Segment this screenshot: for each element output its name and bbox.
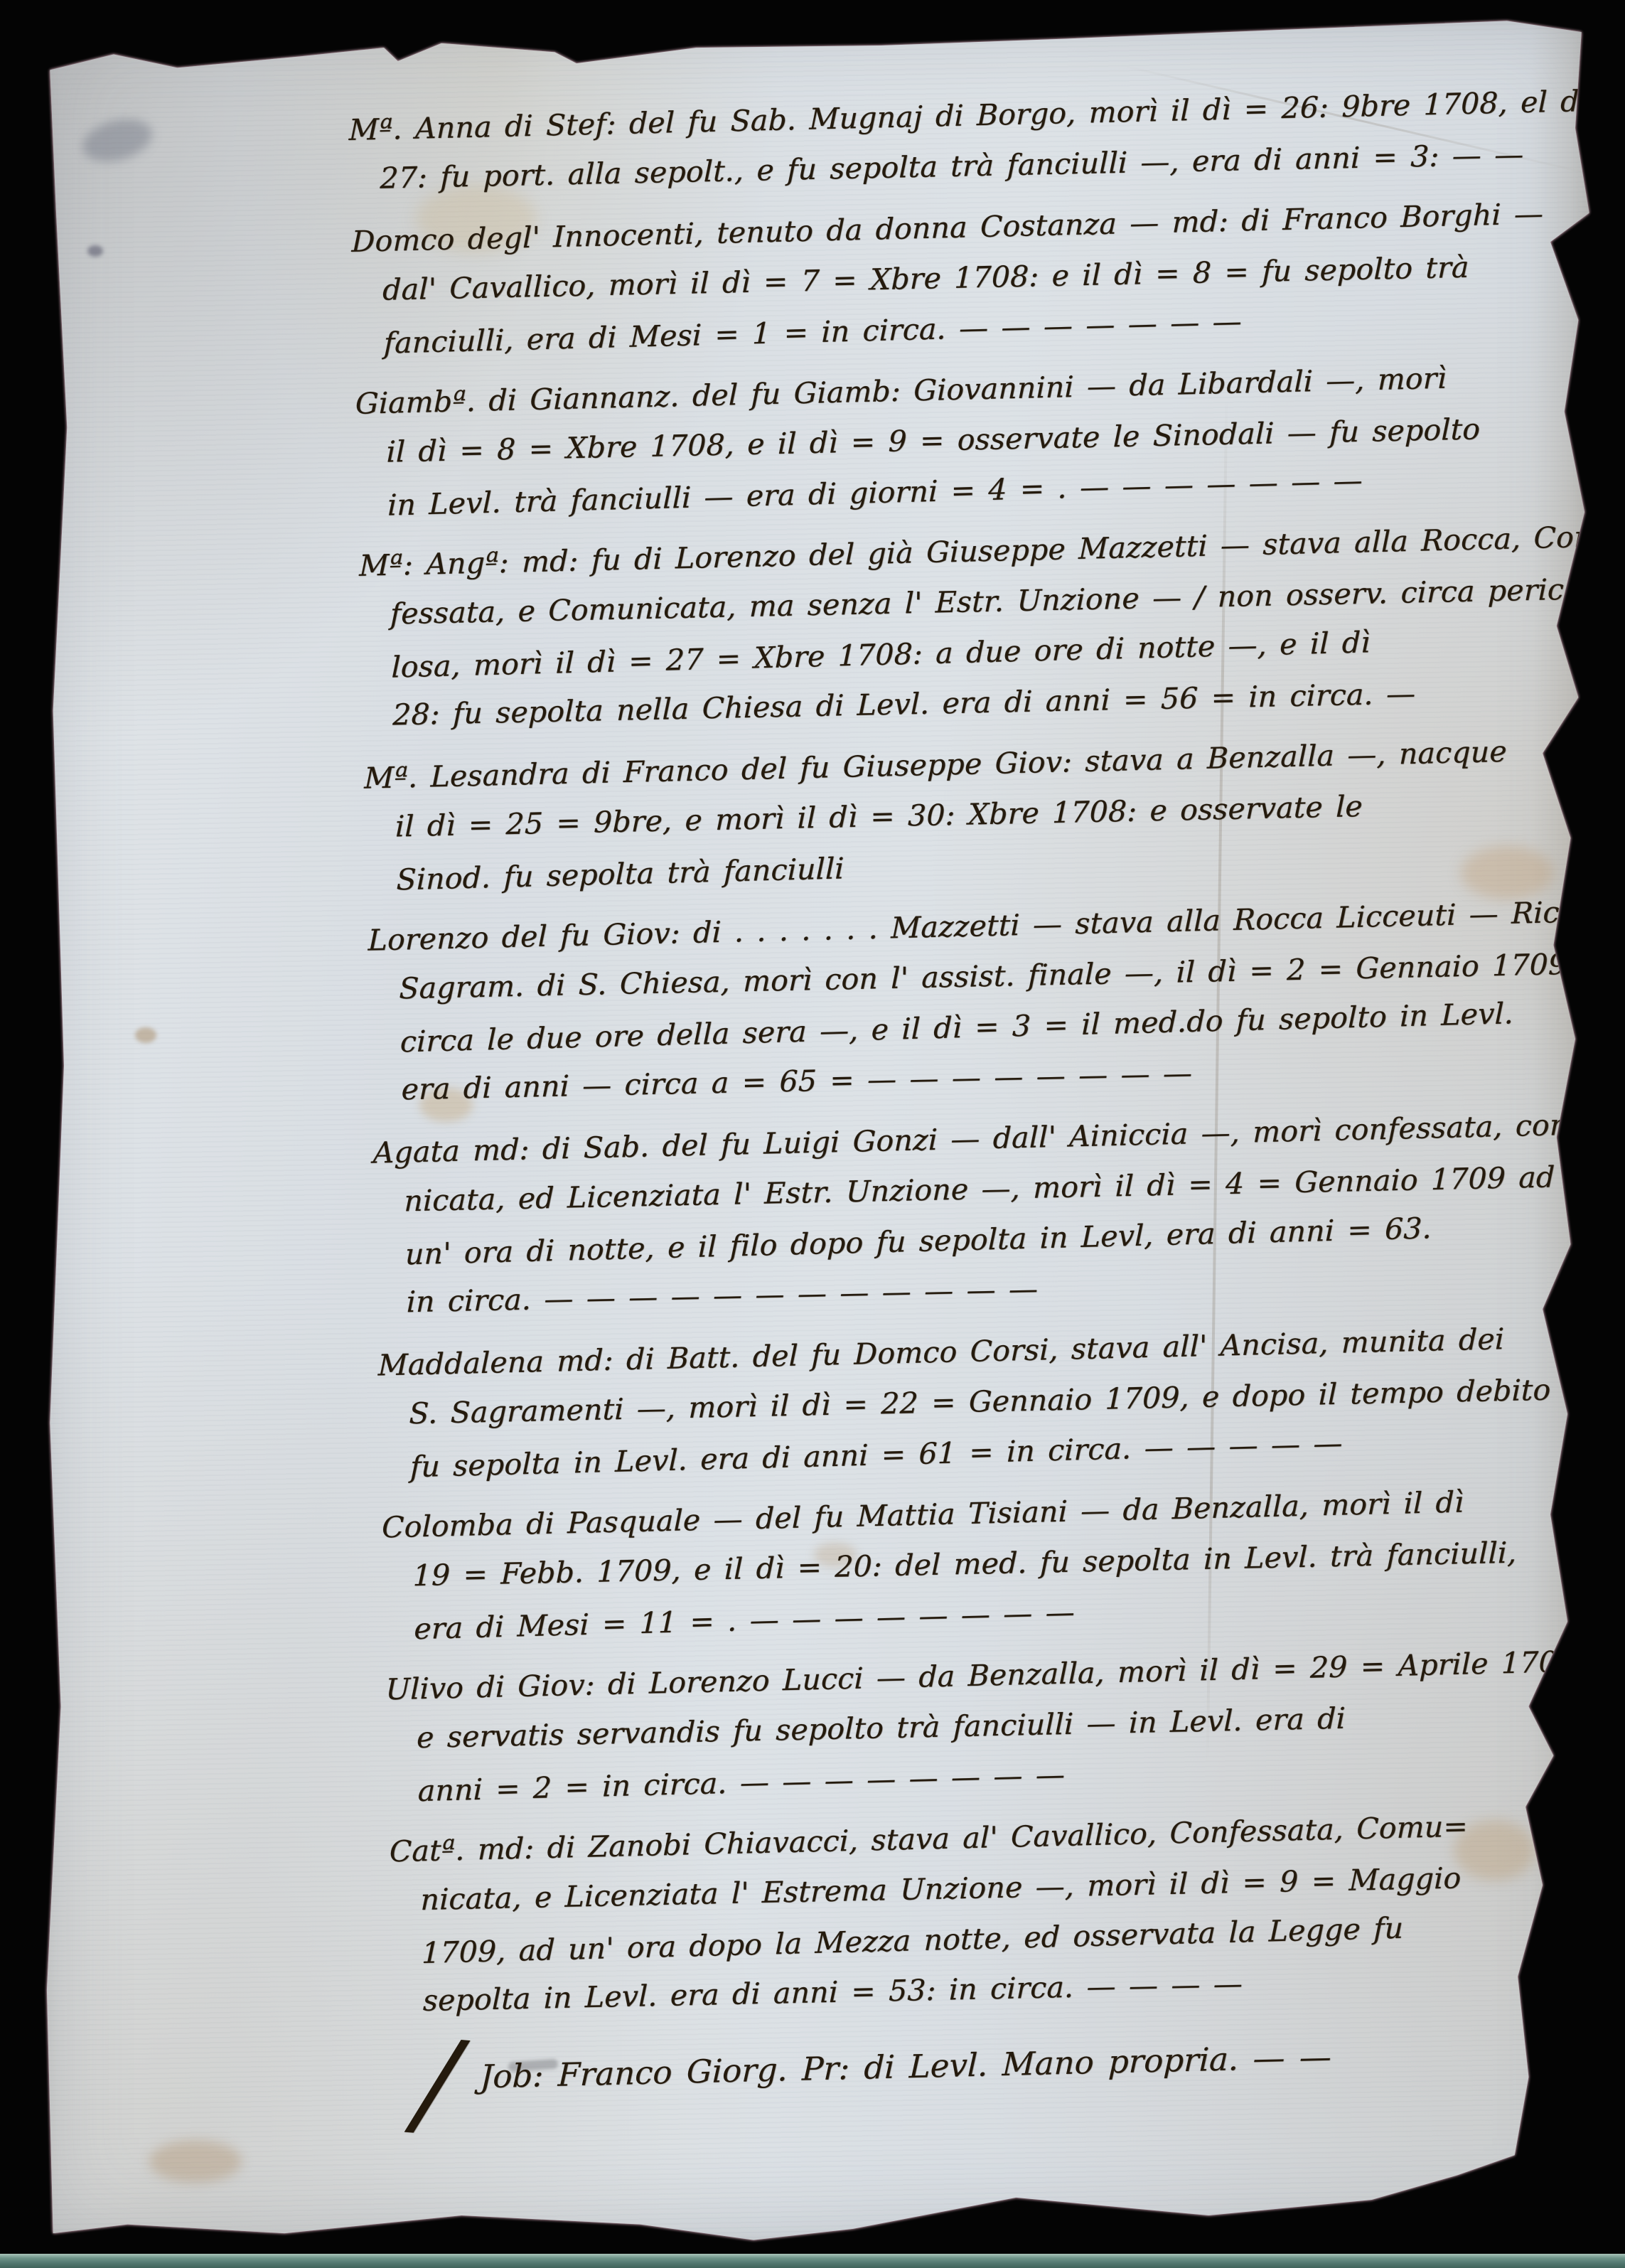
priest-signature: Job: Franco Giorg. Pr: di Levl. Mano pro…: [479, 2031, 1332, 2103]
stain: [149, 2140, 242, 2183]
photo-black-background: Mª. Anna di Stef: del fu Sab. Mugnaj di …: [0, 0, 1625, 2268]
register-entry: Giambª. di Giannanz. del fu Giamb: Giova…: [355, 348, 1625, 530]
stain: [78, 112, 157, 169]
register-entry: Mª. Lesandra di Franco del fu Giuseppe G…: [363, 723, 1625, 904]
register-entry: Lorenzo del fu Giov: di . . . . . . . Ma…: [368, 885, 1625, 1117]
register-entry: Maddalena md: di Batt. del fu Domco Cors…: [377, 1310, 1625, 1492]
table-edge-strip: [0, 2254, 1625, 2268]
paper-sheet: Mª. Anna di Stef: del fu Sab. Mugnaj di …: [39, 14, 1592, 2247]
register-entry: Domco degl' Innocenti, tenuto da donna C…: [351, 187, 1625, 368]
register-entry: Colomba di Pasquale — del fu Mattia Tisi…: [381, 1472, 1625, 1654]
stain: [135, 1027, 156, 1043]
register-entry: Catª. md: di Zanobi Chiavacci, stava al'…: [389, 1797, 1625, 2028]
stain: [87, 245, 103, 257]
register-entry: Agata md: di Sab. del fu Luigi Gonzi — d…: [372, 1098, 1625, 1330]
register-entry: Mª: Angª: md: fu di Lorenzo del già Gius…: [358, 510, 1625, 742]
register-entry: Mª. Anna di Stef: del fu Sab. Mugnaj di …: [348, 75, 1625, 206]
signature-flourish-icon: ∕: [412, 2013, 463, 2153]
register-entry: Ulivo di Giov: di Lorenzo Lucci — da Ben…: [385, 1635, 1625, 1816]
manuscript-page: Mª. Anna di Stef: del fu Sab. Mugnaj di …: [0, 0, 1625, 2268]
entries: Mª. Anna di Stef: del fu Sab. Mugnaj di …: [348, 75, 1625, 2029]
signature-row: ∕ Job: Franco Giorg. Pr: di Levl. Mano p…: [480, 2023, 1625, 2104]
manuscript-text: Mª. Anna di Stef: del fu Sab. Mugnaj di …: [348, 75, 1625, 2106]
